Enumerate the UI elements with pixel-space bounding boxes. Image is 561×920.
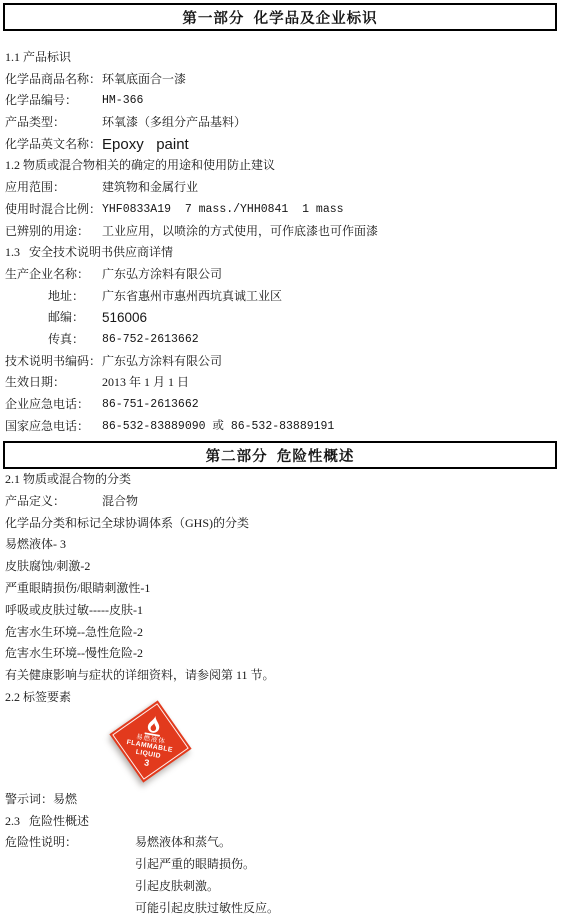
field-label: 化学品编号： (5, 93, 77, 107)
field-row-product-definition: 产品定义：混合物 (5, 491, 557, 513)
field-value: 86-532-83889090 或 86-532-83889191 (102, 416, 334, 438)
health-effects-reference-note: 有关健康影响与症状的详细资料，请参阅第 11 节。 (5, 665, 557, 687)
field-label: 邮编： (5, 307, 84, 329)
hazard-diamond: 易燃液体 FLAMMABLE LIQUID 3 (109, 700, 191, 782)
field-label: 警示词： (5, 792, 53, 806)
ghs-class-eye-damage: 严重眼睛损伤/眼睛刺激性-1 (5, 578, 557, 600)
field-row-postcode: 邮编：516006 (5, 307, 557, 329)
flammable-liquid-pictogram: 易燃液体 FLAMMABLE LIQUID 3 (105, 697, 197, 789)
field-row-effective-date: 生效日期：2013 年 1 月 1 日 (5, 372, 557, 394)
field-row-sds-code: 技术说明书编码：广东弘方涂料有限公司 (5, 351, 557, 373)
subsection-heading-2-1: 2.1 物质或混合物的分类 (5, 469, 557, 491)
field-value: Epoxy paint (102, 134, 189, 156)
section1-title: 第一部分 化学品及企业标识 (182, 7, 377, 28)
field-row-national-emergency-phone: 国家应急电话：86-532-83889090 或 86-532-83889191 (5, 416, 557, 438)
hazard-statement: 易燃液体和蒸气。 (135, 832, 279, 854)
field-value: 易燃 (53, 792, 77, 806)
field-row-manufacturer: 生产企业名称：广东弘方涂料有限公司 (5, 264, 557, 286)
field-label: 地址： (5, 286, 84, 308)
section2-header-box: 第二部分 危险性概述 (3, 441, 557, 469)
ghs-class-skin-sensitization: 呼吸或皮肤过敏-----皮肤-1 (5, 600, 557, 622)
subsection-heading-1-2: 1.2 物质或混合物相关的确定的用途和使用防止建议 (5, 155, 557, 177)
field-value: 广东省惠州市惠州西坑真诚工业区 (102, 286, 282, 308)
field-label: 生效日期： (5, 375, 65, 389)
hazard-statement: 引起严重的眼睛损伤。 (135, 854, 279, 876)
field-label: 产品定义： (5, 494, 65, 508)
field-value: 516006 (102, 307, 147, 329)
field-value: 广东弘方涂料有限公司 (102, 351, 222, 373)
subsection-heading-2-3: 2.3 危险性概述 (5, 811, 557, 833)
field-row-product-name: 化学品商品名称：环氧底面合一漆 (5, 69, 557, 91)
msds-document-page: { "document": { "part1": { "title": "第一部… (0, 0, 561, 920)
field-row-fax: 传真：86-752-2613662 (5, 329, 557, 351)
field-value: 环氧底面合一漆 (102, 69, 186, 91)
section1-header-box: 第一部分 化学品及企业标识 (3, 3, 557, 31)
section2-title: 第二部分 危险性概述 (206, 445, 355, 466)
field-label: 传真： (5, 329, 84, 351)
field-value: 86-751-2613662 (102, 394, 199, 416)
subsection-heading-2-2: 2.2 标签要素 (5, 687, 557, 709)
hazard-statements-list: 易燃液体和蒸气。 引起严重的眼睛损伤。 引起皮肤刺激。 可能引起皮肤过敏性反应。 (135, 832, 279, 919)
field-label: 使用时混合比例： (5, 202, 101, 216)
field-value: 工业应用，以喷涂的方式使用，可作底漆也可作面漆 (102, 221, 378, 243)
subsection-heading-1-3: 1.3 安全技术说明书供应商详情 (5, 242, 557, 264)
field-row-address: 地址：广东省惠州市惠州西坑真诚工业区 (5, 286, 557, 308)
field-label: 化学品商品名称： (5, 72, 101, 86)
field-row-english-name: 化学品英文名称：Epoxy paint (5, 134, 557, 156)
ghs-class-aquatic-acute: 危害水生环境--急性危险-2 (5, 622, 557, 644)
field-row-product-code: 化学品编号：HM-366 (5, 90, 557, 112)
field-value: 2013 年 1 月 1 日 (102, 372, 189, 394)
field-row-mix-ratio: 使用时混合比例：YHF0833A19 7 mass./YHH0841 1 mas… (5, 199, 557, 221)
hazard-statement: 引起皮肤刺激。 (135, 876, 279, 898)
subsection-heading-1-1: 1.1 产品标识 (5, 47, 557, 69)
field-row-identified-uses: 已辨别的用途：工业应用，以喷涂的方式使用，可作底漆也可作面漆 (5, 221, 557, 243)
field-value: 广东弘方涂料有限公司 (102, 264, 222, 286)
field-value: 混合物 (102, 491, 138, 513)
field-label: 化学品英文名称： (5, 137, 101, 151)
field-label: 国家应急电话： (5, 419, 89, 433)
ghs-class-skin-corrosion: 皮肤腐蚀/刺激-2 (5, 556, 557, 578)
section2-body: 2.1 物质或混合物的分类 产品定义：混合物 化学品分类和标记全球协调体系（GH… (5, 469, 557, 709)
field-row-product-type: 产品类型：环氧漆（多组分产品基料） (5, 112, 557, 134)
ghs-class-aquatic-chronic: 危害水生环境--慢性危险-2 (5, 643, 557, 665)
field-value: YHF0833A19 7 mass./YHH0841 1 mass (102, 199, 344, 221)
field-label: 技术说明书编码： (5, 354, 101, 368)
field-label: 应用范围： (5, 180, 65, 194)
section2-tail: 警示词：易燃 2.3 危险性概述 危险性说明： 易燃液体和蒸气。 引起严重的眼睛… (5, 789, 557, 920)
field-label: 产品类型： (5, 115, 65, 129)
field-row-application-scope: 应用范围：建筑物和金属行业 (5, 177, 557, 199)
field-value: HM-366 (102, 90, 143, 112)
field-label: 危险性说明： (5, 835, 77, 849)
field-label: 已辨别的用途： (5, 224, 89, 238)
pictogram-class-number: 3 (143, 758, 150, 768)
hazard-statements-row: 危险性说明： 易燃液体和蒸气。 引起严重的眼睛损伤。 引起皮肤刺激。 可能引起皮… (5, 832, 557, 920)
field-value: 86-752-2613662 (102, 329, 199, 351)
field-value: 环氧漆（多组分产品基料） (102, 112, 246, 134)
ghs-class-flammable-liquid: 易燃液体- 3 (5, 534, 557, 556)
section1-body: 1.1 产品标识 化学品商品名称：环氧底面合一漆 化学品编号：HM-366 产品… (5, 47, 557, 437)
field-row-company-emergency-phone: 企业应急电话：86-751-2613662 (5, 394, 557, 416)
field-label: 企业应急电话： (5, 397, 89, 411)
field-value: 建筑物和金属行业 (102, 177, 198, 199)
signal-word-row: 警示词：易燃 (5, 789, 557, 811)
field-label: 生产企业名称： (5, 267, 89, 281)
ghs-classification-heading: 化学品分类和标记全球协调体系（GHS)的分类 (5, 513, 557, 535)
hazard-statement: 可能引起皮肤过敏性反应。 (135, 898, 279, 920)
